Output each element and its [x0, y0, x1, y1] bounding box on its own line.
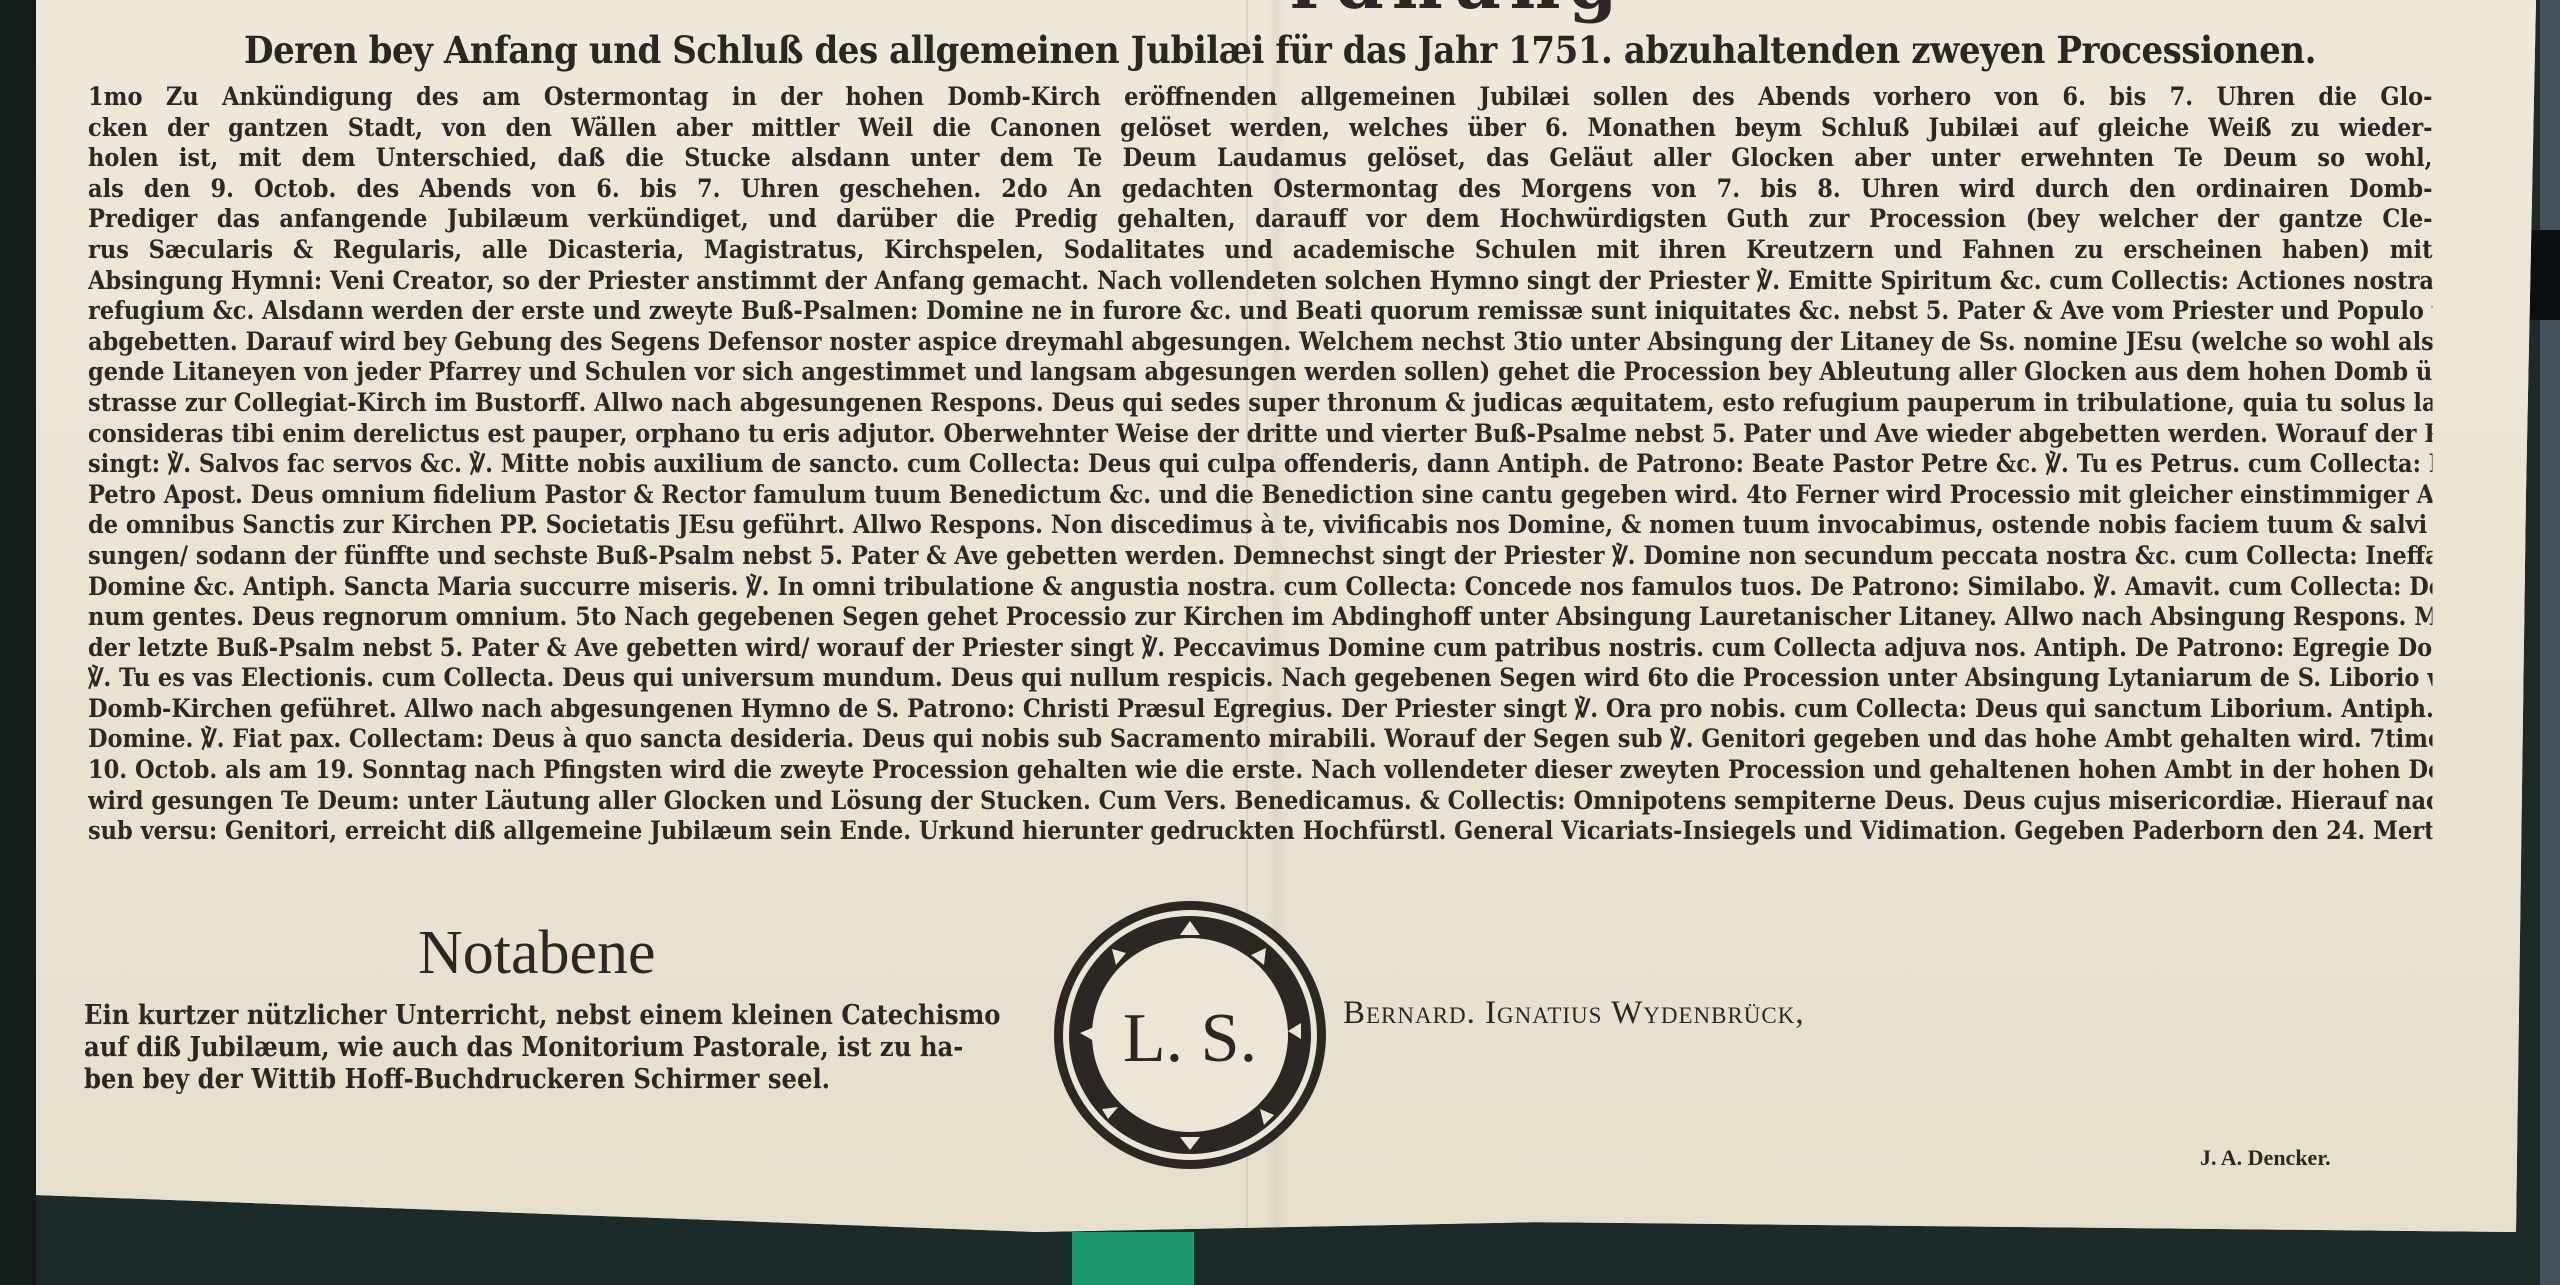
body-line: 1mo Zu Ankündigung des am Ostermontag in… — [88, 82, 2433, 113]
body-line: sungen/ sodann der fünffte und sechste B… — [88, 541, 2433, 572]
body-line: Absingung Hymni: Veni Creator, so der Pr… — [88, 266, 2433, 297]
body-line: 10. Octob. als am 19. Sonntag nach Pfing… — [88, 755, 2433, 786]
notabene-line: auf diß Jubilæum, wie auch das Monitoriu… — [84, 1032, 993, 1064]
body-line: holen ist, mit dem Unterschied, daß die … — [88, 143, 2433, 174]
seal-text: L. S. — [1123, 1000, 1257, 1077]
notabene-line: ben bey der Wittib Hoff-Buchdruckeren Sc… — [84, 1064, 993, 1096]
body-line: rus Sæcularis & Regularis, alle Dicaster… — [88, 235, 2433, 266]
body-line: num gentes. Deus regnorum omnium. 5to Na… — [88, 602, 2433, 633]
body-line: als den 9. Octob. des Abends von 6. bis … — [88, 174, 2433, 205]
backdrop-left — [0, 0, 36, 1285]
body-line: Petro Apost. Deus omnium fidelium Pastor… — [88, 480, 2433, 511]
title-fragment: rdnung — [1290, 0, 1625, 25]
seal-graphic: L. S. — [1046, 893, 1334, 1177]
body-line: singt: ℣. Salvos fac servos &c. ℣. Mitte… — [88, 449, 2433, 480]
body-line: de omnibus Sanctis zur Kirchen PP. Socie… — [88, 510, 2433, 541]
body-line: sub versu: Genitori, erreicht diß allgem… — [88, 816, 2433, 847]
body-line: consideras tibi enim derelictus est paup… — [88, 419, 2433, 450]
green-marker-tab — [1072, 1232, 1194, 1285]
backdrop-right — [2540, 0, 2560, 1285]
body-line: Prediger das anfangende Jubilæum verkünd… — [88, 204, 2433, 235]
body-line: ℣. Tu es vas Electionis. cum Collecta. D… — [88, 663, 2433, 694]
notabene-line: Ein kurtzer nützlicher Unterricht, nebst… — [84, 1000, 993, 1032]
notabene-text: Ein kurtzer nützlicher Unterricht, nebst… — [84, 1000, 993, 1096]
printer-name: J. A. Dencker. — [2200, 1145, 2331, 1171]
backdrop-band — [2530, 230, 2560, 320]
document-body: 1mo Zu Ankündigung des am Ostermontag in… — [88, 82, 2433, 847]
body-line: wird gesungen Te Deum: unter Läutung all… — [88, 786, 2433, 817]
body-line: Domine &c. Antiph. Sancta Maria succurre… — [88, 572, 2433, 603]
body-line: cken der gantzen Stadt, von den Wällen a… — [88, 113, 2433, 144]
body-line: Domb-Kirchen geführet. Allwo nach abgesu… — [88, 694, 2433, 725]
body-line: refugium &c. Alsdann werden der erste un… — [88, 296, 2433, 327]
document-heading: Deren bey Anfang und Schluß des allgemei… — [102, 28, 2457, 72]
body-line: strasse zur Collegiat-Kirch im Bustorff.… — [88, 388, 2433, 419]
notabene-title: Notabene — [418, 918, 656, 989]
body-line: der letzte Buß-Psalm nebst 5. Pater & Av… — [88, 633, 2433, 664]
seal-icon: L. S. — [1046, 893, 1334, 1177]
body-line: abgebetten. Darauf wird bey Gebung des S… — [88, 327, 2433, 358]
signer-name: Bernard. Ignatius Wydenbrück, — [1343, 995, 1805, 1032]
body-line: Domine. ℣. Fiat pax. Collectam: Deus à q… — [88, 724, 2433, 755]
body-line: gende Litaneyen von jeder Pfarrey und Sc… — [88, 357, 2433, 388]
